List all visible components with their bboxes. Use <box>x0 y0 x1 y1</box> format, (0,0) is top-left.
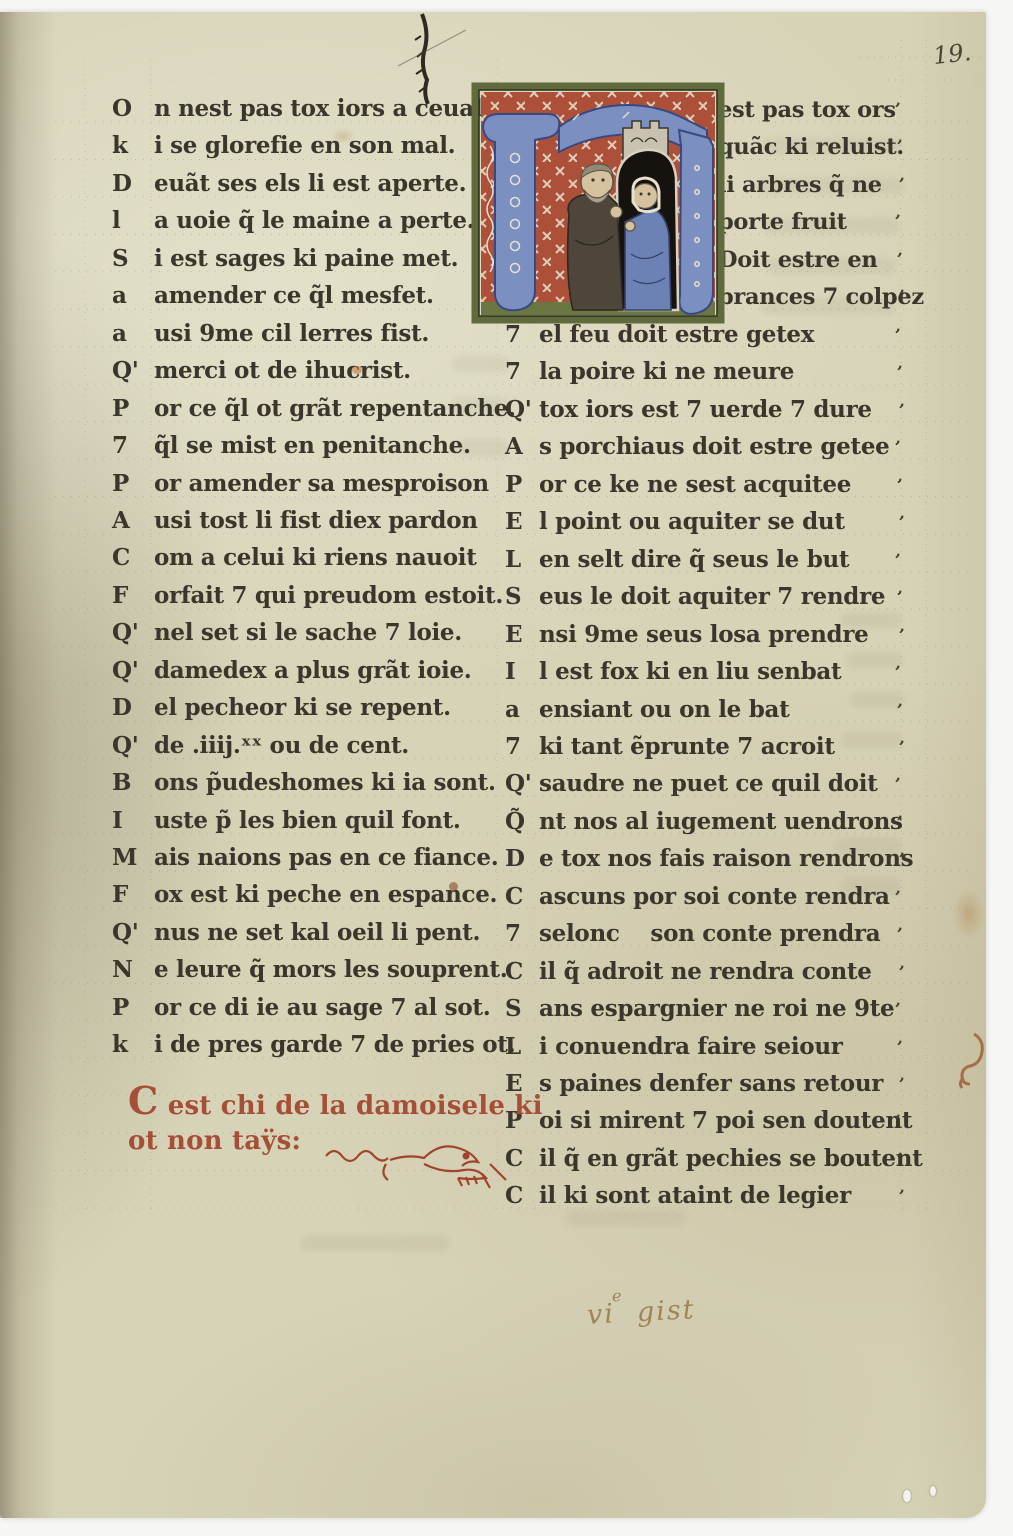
verse-text: amender ce q̃l mesfet. <box>154 282 434 309</box>
verse-text: l est fox ki en liu senbat <box>539 658 841 685</box>
verse-text: ki tant ẽprunte 7 acroit <box>539 733 835 760</box>
verse-initial: k <box>112 132 154 159</box>
verse-initial: P <box>112 470 154 497</box>
verse-initial: Q' <box>505 770 539 797</box>
verse-text: orfait 7 qui preudom estoit. <box>154 582 503 609</box>
verse-line: 7el feu doit estre getex <box>505 321 814 358</box>
verse-text: ensiant ou on le bat <box>539 696 789 723</box>
verse-text: el pecheor ki se repent. <box>154 694 451 721</box>
verse-line: la uoie q̃ le maine a perte. <box>112 207 474 244</box>
verse-line: Forfait 7 qui preudom estoit. <box>112 582 503 619</box>
verse-line: Por ce di ie au sage 7 al sot. <box>112 994 490 1031</box>
verse-initial: P <box>112 994 154 1021</box>
verse-line: Iuste p̃ les bien quil font. <box>112 807 461 844</box>
verse-line: Q'tox iors est 7 uerde 7 dure <box>505 396 872 433</box>
verse-initial: L <box>505 546 539 573</box>
verse-line: Li conuendra faire seiour <box>505 1033 843 1070</box>
verse-initial: a <box>112 320 154 347</box>
verse-line: porte fruit <box>718 209 847 246</box>
verse-text: de .iiij.ˣˣ ou de cent. <box>154 732 409 759</box>
verse-text: il q̃ adroit ne rendra conte <box>539 958 872 985</box>
verse-text: oi si mirent 7 poi sen doutent <box>539 1107 912 1134</box>
verse-text: il ki sont ataint de legier <box>539 1182 851 1209</box>
red-margin-curl-icon <box>952 1028 992 1098</box>
verse-text: selonc son conte prendra <box>539 920 880 947</box>
illuminated-initial-miniature <box>473 84 723 322</box>
verse-line: Cil q̃ adroit ne rendra conte <box>505 958 872 995</box>
parchment-stain <box>330 128 356 144</box>
verse-line: Mais naions pas en ce fiance. <box>112 844 498 881</box>
verse-line: Es paines denfer sans retour <box>505 1070 883 1107</box>
verse-text: tox iors est 7 uerde 7 dure <box>539 396 872 423</box>
verse-initial: Q' <box>112 357 154 384</box>
verse-initial: I <box>112 807 154 834</box>
verse-initial: I <box>505 658 539 685</box>
verse-line: li arbres q̃ ne <box>718 172 882 209</box>
verse-text: porte fruit <box>718 209 847 235</box>
verse-initial: Q' <box>112 657 154 684</box>
verse-initial: N <box>112 956 154 983</box>
verse-text: li arbres q̃ ne <box>718 172 882 198</box>
verse-text: or ce q̃l ot grãt repentanche. <box>154 395 516 422</box>
verse-text: uste p̃ les bien quil font. <box>154 807 461 834</box>
verse-initial: B <box>112 769 154 796</box>
verse-text: a uoie q̃ le maine a perte. <box>154 207 474 234</box>
verse-text: brances 7 colpez <box>718 284 924 310</box>
verse-initial: Q' <box>112 919 154 946</box>
verse-text: nel set si le sache 7 loie. <box>154 619 462 646</box>
verse-line: Len selt dire q̃ seus le but <box>505 546 849 583</box>
verse-text: saudre ne puet ce quil doit <box>539 770 877 797</box>
verse-text: e leure q̃ mors les souprent. <box>154 956 507 983</box>
verse-line: Q'nel set si le sache 7 loie. <box>112 619 462 656</box>
bleed-stripe <box>300 1235 450 1251</box>
verse-line: Il est fox ki en liu senbat <box>505 658 841 695</box>
verse-text: or amender sa mesproison <box>154 470 489 497</box>
verse-line: On nest pas tox iors a ceual. <box>112 95 490 132</box>
parchment-stain <box>952 888 986 940</box>
verse-line: Seus le doit aquiter 7 rendre <box>505 583 885 620</box>
verse-line: Bons p̃udeshomes ki ia sont. <box>112 769 496 806</box>
parchment-stain <box>449 882 458 891</box>
quire-note-rest: gist <box>636 1294 696 1328</box>
rubric-doodle-icon <box>320 1120 510 1200</box>
verse-text: nt nos al iugement uendrons <box>539 808 903 835</box>
verse-line: Cil ki sont ataint de legier <box>505 1182 851 1219</box>
verse-initial: P <box>505 471 539 498</box>
verse-line: brances 7 colpez <box>718 284 924 321</box>
verse-line: Cascuns por soi conte rendra <box>505 883 890 920</box>
verse-initial: D <box>505 845 539 872</box>
verse-initial: a <box>112 282 154 309</box>
verse-text: est pas tox ors <box>718 97 896 123</box>
verse-line: Por ce q̃l ot grãt repentanche. <box>112 395 516 432</box>
verse-line: Ne leure q̃ mors les souprent. <box>112 956 507 993</box>
verse-initial: C <box>112 544 154 571</box>
verse-text: en selt dire q̃ seus le but <box>539 546 849 573</box>
verse-text: s paines denfer sans retour <box>539 1070 883 1097</box>
parchment-stain <box>352 366 362 374</box>
quire-note-base: vi <box>586 1298 615 1330</box>
verse-line: quãc ki reluist. <box>718 134 904 171</box>
verse-text: i de pres garde 7 de pries ot. <box>154 1031 515 1058</box>
verse-initial: M <box>112 844 154 871</box>
verse-text: eus le doit aquiter 7 rendre <box>539 583 885 610</box>
verse-initial: l <box>112 207 154 234</box>
verse-line: Q'merci ot de ihucrist. <box>112 357 411 394</box>
verse-line: ausi 9me cil lerres fist. <box>112 320 429 357</box>
verse-text: n nest pas tox iors a ceual. <box>154 95 490 122</box>
verse-text: damedex a plus grãt ioie. <box>154 657 472 684</box>
verse-line: Q'de .iiij.ˣˣ ou de cent. <box>112 732 409 769</box>
verse-text: i se glorefie en son mal. <box>154 132 455 159</box>
verse-initial: F <box>112 881 154 908</box>
verse-initial: O <box>112 95 154 122</box>
verse-initial: S <box>505 583 539 610</box>
verse-text: usi tost li fist diex pardon <box>154 507 478 534</box>
verse-initial: Q̃ <box>505 808 539 835</box>
verse-initial: D <box>112 694 154 721</box>
verse-initial: A <box>112 507 154 534</box>
verse-line: est pas tox ors <box>718 97 896 134</box>
verse-initial: E <box>505 508 539 535</box>
verse-line: 7ki tant ẽprunte 7 acroit <box>505 733 835 770</box>
verse-text: usi 9me cil lerres fist. <box>154 320 429 347</box>
verse-line: Q'nus ne set kal oeil li pent. <box>112 919 480 956</box>
verse-line: aamender ce q̃l mesfet. <box>112 282 434 319</box>
verse-line: El point ou aquiter se dut <box>505 508 845 545</box>
verse-text: Doit estre en <box>718 247 877 273</box>
verse-text: euãt ses els li est aperte. <box>154 170 466 197</box>
verse-initial: Q' <box>505 396 539 423</box>
verse-initial: 7 <box>505 321 539 348</box>
verse-line: As porchiaus doit estre getee <box>505 433 890 470</box>
verse-line: Q'damedex a plus grãt ioie. <box>112 657 472 694</box>
verse-text: s porchiaus doit estre getee <box>539 433 890 460</box>
verse-line: 7selonc son conte prendra <box>505 920 880 957</box>
verse-text: la poire ki ne meure <box>539 358 794 385</box>
verse-line: Cil q̃ en grãt pechies se boutent <box>505 1145 922 1182</box>
verse-initial: a <box>505 696 539 723</box>
verse-line: Poi si mirent 7 poi sen doutent <box>505 1107 912 1144</box>
verse-line: De tox nos fais raison rendrons <box>505 845 913 882</box>
verse-initial: E <box>505 621 539 648</box>
verse-line: 7la poire ki ne meure <box>505 358 794 395</box>
verse-initial: k <box>112 1031 154 1058</box>
verse-initial: P <box>112 395 154 422</box>
verse-text: or ce di ie au sage 7 al sot. <box>154 994 490 1021</box>
verse-text: or ce ke ne sest acquitee <box>539 471 851 498</box>
left-text-column: On nest pas tox iors a ceual.ki se glore… <box>112 95 512 1085</box>
folio-number: 19. <box>932 38 973 70</box>
verse-initial: C <box>505 1182 539 1209</box>
verse-initial: 7 <box>505 358 539 385</box>
verse-text: q̃l se mist en penitanche. <box>154 432 471 459</box>
verse-text: ox est ki peche en espance. <box>154 881 497 908</box>
verse-initial: Q' <box>112 619 154 646</box>
verse-line: 7q̃l se mist en penitanche. <box>112 432 471 469</box>
verse-initial: S <box>112 245 154 272</box>
verse-text: il q̃ en grãt pechies se boutent <box>539 1145 922 1172</box>
verse-text: ascuns por soi conte rendra <box>539 883 890 910</box>
verse-line: aensiant ou on le bat <box>505 696 789 733</box>
verse-initial: F <box>112 582 154 609</box>
verse-line: Com a celui ki riens nauoit <box>112 544 477 581</box>
verse-text: merci ot de ihucrist. <box>154 357 411 384</box>
verse-line: Por ce ke ne sest acquitee <box>505 471 851 508</box>
verse-text: e tox nos fais raison rendrons <box>539 845 913 872</box>
verse-line: Deuãt ses els li est aperte. <box>112 170 466 207</box>
verse-text: l point ou aquiter se dut <box>539 508 845 535</box>
verse-line: Ensi 9me seus losa prendre <box>505 621 868 658</box>
verse-text: ais naions pas en ce fiance. <box>154 844 498 871</box>
verse-text: el feu doit estre getex <box>539 321 814 348</box>
verse-initial: L <box>505 1033 539 1060</box>
verse-initial: D <box>112 170 154 197</box>
verse-initial: Q' <box>112 732 154 759</box>
quire-note-sup: e <box>612 1286 624 1306</box>
verse-line: Por amender sa mesproison <box>112 470 489 507</box>
verse-text: om a celui ki riens nauoit <box>154 544 477 571</box>
verse-line: Q'saudre ne puet ce quil doit <box>505 770 877 807</box>
parchment-hole <box>930 1486 936 1496</box>
verse-initial: C <box>505 883 539 910</box>
verse-line: Fox est ki peche en espance. <box>112 881 497 918</box>
verse-line: Sans espargnier ne roi ne 9te <box>505 995 894 1032</box>
verse-text: nus ne set kal oeil li pent. <box>154 919 480 946</box>
manuscript-scan: { "page": { "folio_number": "19.", "tick… <box>0 0 1013 1536</box>
verse-initial: 7 <box>505 920 539 947</box>
verse-text: nsi 9me seus losa prendre <box>539 621 868 648</box>
verse-text: i conuendra faire seiour <box>539 1033 843 1060</box>
rubric-line: ot non taÿs: <box>128 1126 301 1156</box>
verse-text: i est sages ki paine met. <box>154 245 458 272</box>
verse-text: quãc ki reluist. <box>718 134 904 160</box>
verse-line: Del pecheor ki se repent. <box>112 694 451 731</box>
parchment-hole <box>903 1490 911 1502</box>
verse-line: ki se glorefie en son mal. <box>112 132 455 169</box>
verse-initial: S <box>505 995 539 1022</box>
verse-line: Si est sages ki paine met. <box>112 245 458 282</box>
verse-initial: A <box>505 433 539 460</box>
verse-line: Ausi tost li fist diex pardon <box>112 507 478 544</box>
verse-line: Q̃nt nos al iugement uendrons <box>505 808 903 845</box>
quire-note: vie gist <box>586 1293 696 1331</box>
verse-initial: C <box>505 958 539 985</box>
verse-text: ans espargnier ne roi ne 9te <box>539 995 894 1022</box>
rubric-line: C est chi de la damoisele ki <box>128 1078 543 1123</box>
right-text-column: 7el feu doit estre getex7la poire ki ne … <box>505 321 925 1231</box>
verse-initial: C <box>505 1145 539 1172</box>
verse-line: ki de pres garde 7 de pries ot. <box>112 1031 515 1068</box>
verse-line: Doit estre en <box>718 247 877 284</box>
verse-text: ons p̃udeshomes ki ia sont. <box>154 769 496 796</box>
verse-initial: 7 <box>112 432 154 459</box>
verse-initial: 7 <box>505 733 539 760</box>
